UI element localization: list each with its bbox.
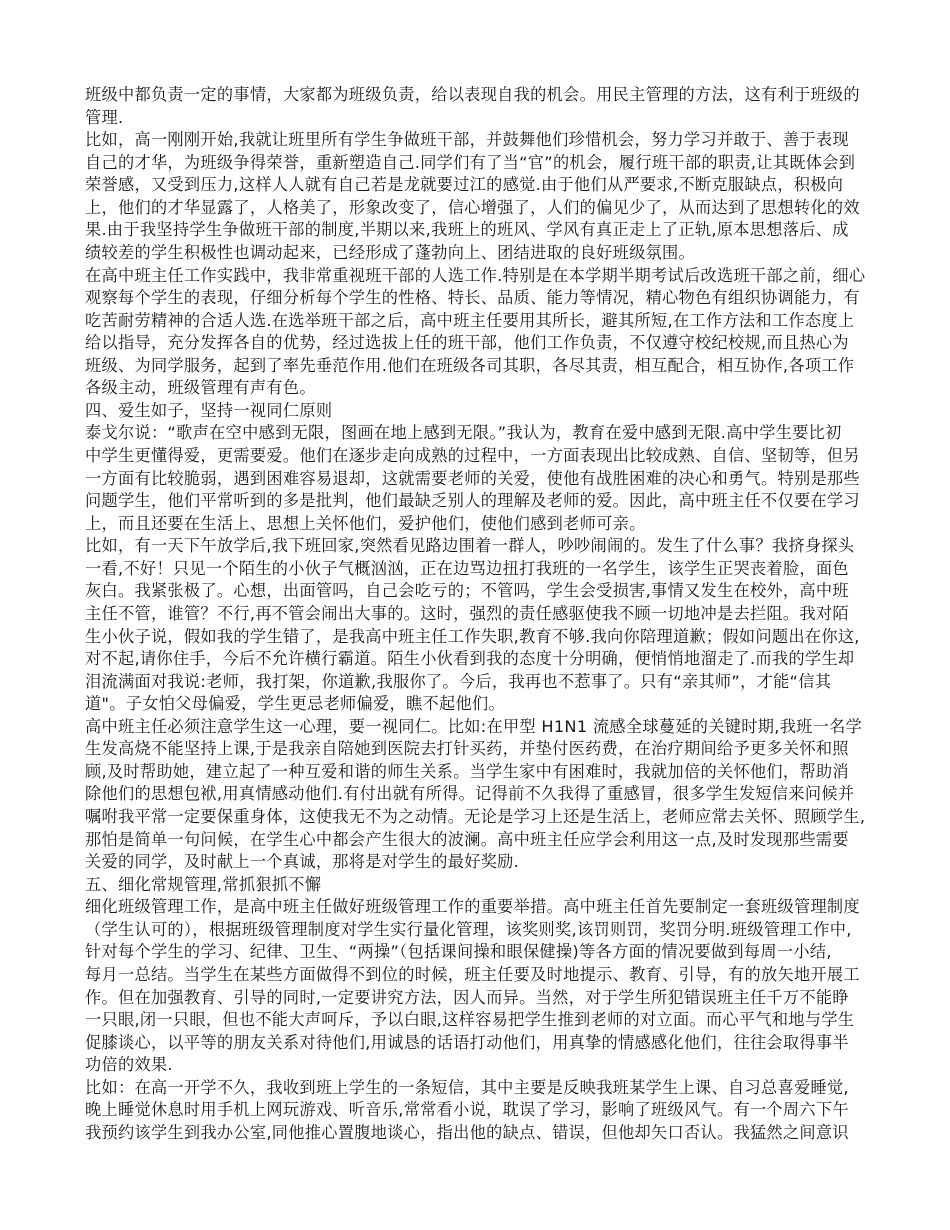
text-line: 促膝谈心，以平等的朋友关系对待他们,用诚恳的话语打动他们，用真挚的情感感化他们，… [85, 1032, 885, 1055]
text-line: 高中班主任必须注意学生这一心理，要一视同仁。比如:在甲型 H1N1 流感全球蔓延… [85, 716, 885, 739]
text-line: 嘱咐我平常一定要保重身体，这使我无不为之动情。无论是学习上还是生活上，老师应常去… [85, 806, 885, 829]
text-line: 比如，高一刚刚开始,我就让班里所有学生争做班干部，并鼓舞他们珍惜机会，努力学习并… [85, 129, 885, 152]
text-line: 除他们的思想包袱,用真情感动他们.有付出就有所得。记得前不久我得了重感冒，很多学… [85, 783, 885, 806]
text-line: 比如，有一天下午放学后,我下班回家,突然看见路边围着一群人，吵吵闹闹的。发生了什… [85, 535, 885, 558]
text-line: 中学生更懂得爱，更需要爱。他们在逐步走向成熟的过程中，一方面表现出比较成熟、自信… [85, 445, 885, 468]
text-line: 比如：在高一开学不久，我收到班上学生的一条短信，其中主要是反映我班某学生上课、自… [85, 1077, 885, 1100]
text-line: 生小伙子说，假如我的学生错了，是我高中班主任工作失职,教育不够.我向你陪理道歉；… [85, 626, 885, 649]
text-line: 给以指导，充分发挥各自的优势，经过选拔上任的班干部，他们工作负责，不仅遵守校纪校… [85, 332, 885, 355]
text-line: 主任不管，谁管？不行,再不管会闹出大事的。这时，强烈的责任感驱使我不顾一切地冲是… [85, 603, 885, 626]
text-line: 问题学生，他们平常听到的多是批判，他们最缺乏别人的理解及老师的爱。因此，高中班主… [85, 490, 885, 513]
text-line: 各级主动，班级管理有声有色。 [85, 377, 885, 400]
text-line: 那怕是简单一句问候，在学生心中都会产生很大的波澜。高中班主任应学会利用这一点,及… [85, 829, 885, 852]
text-line: 上，而且还要在生活上、思想上关怀他们，爱护他们，使他们感到老师可亲。 [85, 513, 885, 536]
text-line: 班级、为同学服务，起到了率先垂范作用.他们在班级各司其职，各尽其责，相互配合，相… [85, 355, 885, 378]
text-line: 观察每个学生的表现，仔细分析每个学生的性格、特长、品质、能力等情况，精心物色有组… [85, 287, 885, 310]
text-line: 班级中都负责一定的事情，大家都为班级负责，给以表现自我的机会。用民主管理的方法，… [85, 84, 885, 107]
text-line: 一看,不好！只见一个陌生的小伙子气概汹汹，正在边骂边扭打我班的一名学生，该学生正… [85, 558, 885, 581]
text-line: 一方面有比较脆弱，遇到困难容易退却，这就需要老师的关爱，使他有战胜困难的决心和勇… [85, 468, 885, 491]
text-line: 上，他们的才华显露了，人格美了，形象改变了，信心增强了，人们的偏见少了，从而达到… [85, 197, 885, 220]
text-line: 绩较差的学生积极性也调动起来，已经形成了蓬勃向上、团结进取的良好班级氛围。 [85, 242, 885, 265]
text-line: 五、细化常规管理,常抓狠抓不懈 [85, 874, 885, 897]
text-line: 道"。子女怕父母偏爱，学生更忌老师偏爱，瞧不起他们。 [85, 693, 885, 716]
text-line: 作。但在加强教育、引导的同时,一定要讲究方法，因人而异。当然，对于学生所犯错误班… [85, 987, 885, 1010]
text-line: 在高中班主任工作实践中，我非常重视班干部的人选工作.特别是在本学期半期考试后改选… [85, 265, 885, 288]
text-line: 顾,及时帮助她，建立起了一种互爱和谐的师生关系。当学生家中有困难时，我就加倍的关… [85, 761, 885, 784]
text-line: 生发高烧不能坚持上课,于是我亲自陪她到医院去打针买药，并垫付医药费，在治疗期间给… [85, 738, 885, 761]
text-line: （学生认可的），根据班级管理制度对学生实行量化管理，该奖则奖,该罚则罚，奖罚分明… [85, 919, 885, 942]
text-line: 我预约该学生到我办公室,同他推心置腹地谈心，指出他的缺点、错误，但他却矢口否认。… [85, 1122, 885, 1145]
document-body-text: 班级中都负责一定的事情，大家都为班级负责，给以表现自我的机会。用民主管理的方法，… [85, 84, 885, 1144]
text-line: 关爱的同学，及时献上一个真诚，那将是对学生的最好奖励. [85, 851, 885, 874]
text-line: 自己的才华，为班级争得荣誉，重新塑造自己.同学们有了当“官”的机会，履行班干部的… [85, 152, 885, 175]
text-line: 针对每个学生的学习、纪律、卫生、“两操”（包括课间操和眼保健操)等各方面的情况要… [85, 941, 885, 964]
text-line: 晚上睡觉休息时用手机上网玩游戏、听音乐,常常看小说，耽误了学习，影响了班级风气。… [85, 1099, 885, 1122]
text-line: 对不起,请你住手，今后不允许横行霸道。陌生小伙看到我的态度十分明确，便悄悄地溜走… [85, 648, 885, 671]
text-line: 吃苦耐劳精神的合适人选.在选举班干部之后，高中班主任要用其所长，避其所短,在工作… [85, 310, 885, 333]
text-line: 荣誉感，又受到压力,这样人人就有自己若是龙就要过江的感觉.由于他们从严要求,不断… [85, 174, 885, 197]
text-line: 灰白。我紧张极了。心想，出面管吗，自己会吃亏的；不管吗，学生会受损害,事情又发生… [85, 580, 885, 603]
text-line: 泰戈尔说：“歌声在空中感到无限，图画在地上感到无限。”我认为，教育在爱中感到无限… [85, 422, 885, 445]
text-line: 泪流满面对我说:老师，我打架，你道歉,我服你了。今后，我再也不惹事了。只有“亲其… [85, 671, 885, 694]
text-line: 一只眼,闭一只眼，但也不能大声呵斥，予以白眼,这样容易把学生推到老师的对立面。而… [85, 1009, 885, 1032]
text-line: 管理. [85, 107, 885, 130]
text-line: 果.由于我坚持学生争做班干部的制度,半期以来,我班上的班风、学风有真正走上了正轨… [85, 219, 885, 242]
document-page: 班级中都负责一定的事情，大家都为班级负责，给以表现自我的机会。用民主管理的方法，… [0, 0, 950, 1230]
text-line: 细化班级管理工作，是高中班主任做好班级管理工作的重要举措。高中班主任首先要制定一… [85, 896, 885, 919]
text-line: 功倍的效果. [85, 1054, 885, 1077]
text-line: 每月一总结。当学生在某些方面做得不到位的时候，班主任要及时地提示、教育、引导，有… [85, 964, 885, 987]
text-line: 四、爱生如子，坚持一视同仁原则 [85, 400, 885, 423]
